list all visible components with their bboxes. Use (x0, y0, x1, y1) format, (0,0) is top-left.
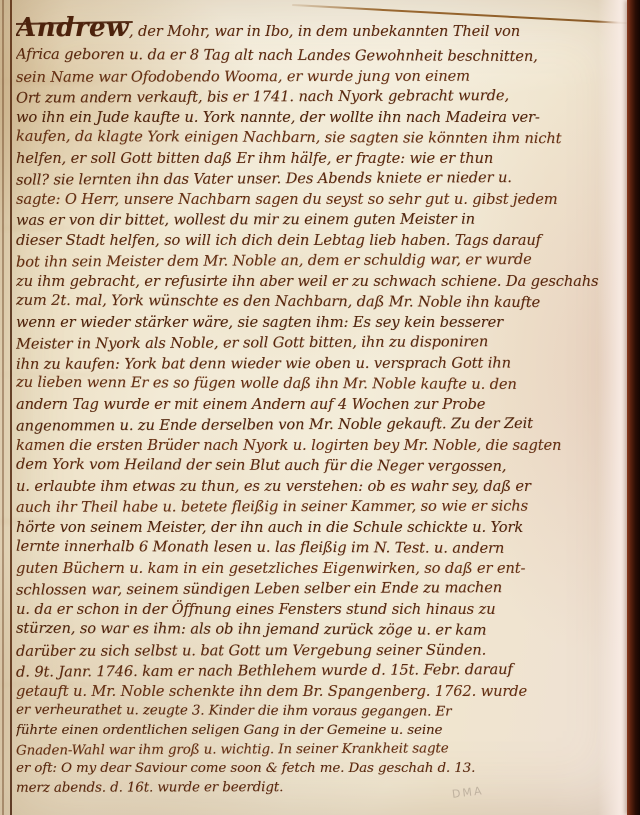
manuscript-line: Ort zum andern verkauft, bis er 1741. na… (16, 85, 622, 109)
manuscript-line: helfen, er soll Gott bitten daß Er ihm h… (16, 149, 622, 170)
manuscript-line: bot ihn sein Meister dem Mr. Noble an, d… (16, 249, 622, 273)
manuscript-first-line: Andrew, der Mohr, war in Ibo, in dem unb… (16, 11, 622, 46)
manuscript-line: stürzen, so war es ihm: als ob ihn jeman… (16, 619, 622, 642)
manuscript-line: soll? sie lernten ihn das Vater unser. D… (16, 167, 622, 191)
manuscript-text: Andrew, der Mohr, war in Ibo, in dem unb… (16, 11, 622, 815)
manuscript-line: zu ihm gebracht, er refusirte ihn aber w… (16, 272, 622, 293)
heading-word: Andrew (16, 13, 129, 43)
page-binding-edge (627, 0, 640, 815)
manuscript-line: darüber zu sich selbst u. bat Gott um Ve… (16, 640, 622, 662)
manuscript-line: sein Name war Ofodobendo Wooma, er wurde… (16, 66, 622, 88)
manuscript-line: u. erlaubte ihm etwas zu thun, es zu ver… (16, 477, 622, 498)
manuscript-line: schlossen war, seinem sündigen Leben sel… (16, 577, 622, 601)
manuscript-line: er verheurathet u. zeugte 3. Kinder die … (16, 701, 622, 723)
manuscript-line: d. 9t. Janr. 1746. kam er nach Bethlehem… (16, 659, 622, 683)
manuscript-line: wenn er wieder stärker wäre, sie sagten … (16, 313, 622, 334)
left-margin-rule-inner (10, 0, 12, 815)
manuscript-line: u. da er schon in der Öffnung eines Fens… (16, 600, 622, 621)
manuscript-line: angenommen u. zu Ende derselben von Mr. … (16, 413, 622, 437)
manuscript-line: getauft u. Mr. Noble schenkte ihn dem Br… (16, 682, 622, 703)
manuscript-line: ihn zu kaufen: York bat denn wieder wie … (16, 353, 622, 375)
manuscript-line: dem York vom Heiland der sein Blut auch … (16, 455, 622, 478)
manuscript-line: zu lieben wenn Er es so fügen wolle daß … (16, 373, 622, 396)
manuscript-line: Gnaden-Wahl war ihm groß u. wichtig. In … (16, 738, 622, 760)
manuscript-line: kamen die ersten Brüder nach Nyork u. lo… (16, 436, 622, 457)
manuscript-line: er oft: O my dear Saviour come soon & fe… (16, 759, 622, 778)
manuscript-line: kaufen, da klagte York einigen Nachbarn,… (16, 127, 622, 150)
manuscript-line: andern Tag wurde er mit einem Andern auf… (16, 395, 622, 416)
manuscript-line: hörte von seinem Meister, der ihn auch i… (16, 518, 622, 539)
manuscript-line: führte einen ordentlichen seligen Gang i… (16, 721, 622, 740)
manuscript-line: auch ihr Theil habe u. betete fleißig in… (16, 496, 622, 518)
first-line-rest: , der Mohr, war in Ibo, in dem unbekannt… (129, 23, 520, 40)
manuscript-line: Meister in Nyork als Noble, er soll Gott… (16, 331, 622, 355)
left-margin-rule-outer (2, 0, 4, 815)
manuscript-line: merz abends. d. 16t. wurde er beerdigt. (16, 777, 622, 798)
manuscript-line: lernte innerhalb 6 Monath lesen u. las f… (16, 537, 622, 560)
manuscript-line: dieser Stadt helfen, so will ich dich de… (16, 231, 622, 252)
manuscript-page: Andrew, der Mohr, war in Ibo, in dem unb… (0, 0, 640, 815)
manuscript-line: was er von dir bittet, wollest du mir zu… (16, 209, 622, 231)
manuscript-line: wo ihn ein Jude kaufte u. York nannte, d… (16, 108, 622, 129)
manuscript-line: Africa geboren u. da er 8 Tag alt nach L… (16, 45, 622, 68)
manuscript-line: sagte: O Herr, unsere Nachbarn sagen du … (16, 190, 622, 211)
manuscript-line: guten Büchern u. kam in ein gesetzliches… (16, 559, 622, 580)
manuscript-line: zum 2t. mal, York wünschte es den Nachba… (16, 291, 622, 314)
